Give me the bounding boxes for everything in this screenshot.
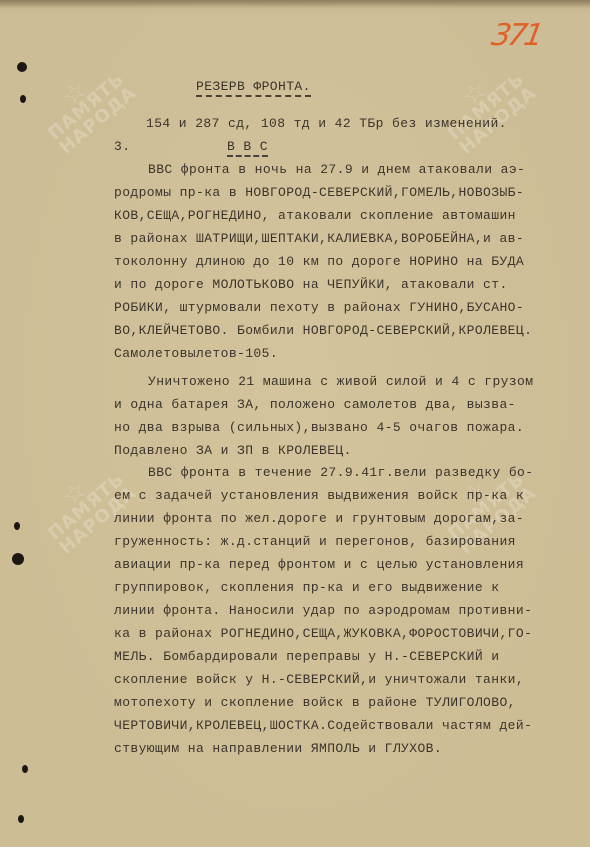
text-line: в районах ШАТРИЩИ,ШЕПТАКИ,КАЛИЕВКА,ВОРОБ… xyxy=(114,231,524,246)
text-line: линии фронта по жел.дороге и грунтовым д… xyxy=(114,511,524,526)
text-line: линии фронта. Наносили удар по аэродрома… xyxy=(114,603,532,618)
text-line: ем с задачей установления выдвижения вой… xyxy=(114,488,524,503)
binding-hole xyxy=(20,95,26,103)
text-line: груженность: ж.д.станций и перегонов, ба… xyxy=(114,534,516,549)
heading: РЕЗЕРВ ФРОНТА. xyxy=(196,79,311,94)
text-line: ЧЕРТОВИЧИ,КРОЛЕВЕЦ,ШОСТКА.Содействовали … xyxy=(114,718,532,733)
archive-page-number: 371 xyxy=(489,18,543,53)
text-line: но два взрыва (сильных),вызвано 4-5 очаг… xyxy=(114,420,524,435)
binding-hole xyxy=(14,522,20,530)
binding-hole xyxy=(22,765,28,773)
binding-hole xyxy=(18,815,24,823)
section-number: 3. xyxy=(114,139,130,154)
text-line: ствующим на направлении ЯМПОЛЬ и ГЛУХОВ. xyxy=(114,741,442,756)
text-line: КОВ,СЕЩА,РОГНЕДИНО, атаковали скопление … xyxy=(114,208,516,223)
text-line: авиации пр-ка перед фронтом и с целью ус… xyxy=(114,557,524,572)
text-line: Уничтожено 21 машина с живой силой и 4 с… xyxy=(148,374,533,389)
text-line: скопление войск у Н.-СЕВЕРСКИЙ,и уничтож… xyxy=(114,672,524,687)
text-line: ВВС фронта в ночь на 27.9 и днем атакова… xyxy=(148,162,525,177)
text-line: родромы пр-ка в НОВГОРОД-СЕВЕРСКИЙ,ГОМЕЛ… xyxy=(114,185,524,200)
watermark: ☆ ПАМЯТЬ НАРОДА xyxy=(434,56,540,157)
text-line: токолонну длиною до 10 км по дороге НОРИ… xyxy=(114,254,524,269)
page-top-edge xyxy=(0,0,590,8)
text-line: МЕЛЬ. Бомбардировали переправы у Н.-СЕВЕ… xyxy=(114,649,499,664)
text-line: и по дороге МОЛОТЬКОВО на ЧЕПУЙКИ, атако… xyxy=(114,277,508,292)
section-title: В В С xyxy=(227,139,268,154)
text-line: и одна батарея ЗА, положено самолетов дв… xyxy=(114,397,516,412)
text-line: Подавлено ЗА и ЗП в КРОЛЕВЕЦ. xyxy=(114,443,352,458)
text-line: ВВС фронта в течение 27.9.41г.вели разве… xyxy=(148,465,533,480)
document-page: ☆ ПАМЯТЬ НАРОДА ☆ ПАМЯТЬ НАРОДА ☆ ПАМЯТЬ… xyxy=(0,0,590,847)
text-line: ВО,КЛЕЙЧЕТОВО. Бомбили НОВГОРОД-СЕВЕРСКИ… xyxy=(114,323,532,338)
binding-hole xyxy=(17,62,27,72)
text-line: мотопехоту и скопление войск в районе ТУ… xyxy=(114,695,516,710)
binding-hole xyxy=(12,553,24,565)
text-line: РОБИКИ, штурмовали пехоту в районах ГУНИ… xyxy=(114,300,524,315)
text-line: ка в районах РОГНЕДИНО,СЕЩА,ЖУКОВКА,ФОРО… xyxy=(114,626,532,641)
text-line: группировок, скопления пр-ка и его выдви… xyxy=(114,580,499,595)
text-line: Самолетовылетов-105. xyxy=(114,346,278,361)
reserve-line: 154 и 287 сд, 108 тд и 42 ТБр без измене… xyxy=(146,116,507,131)
